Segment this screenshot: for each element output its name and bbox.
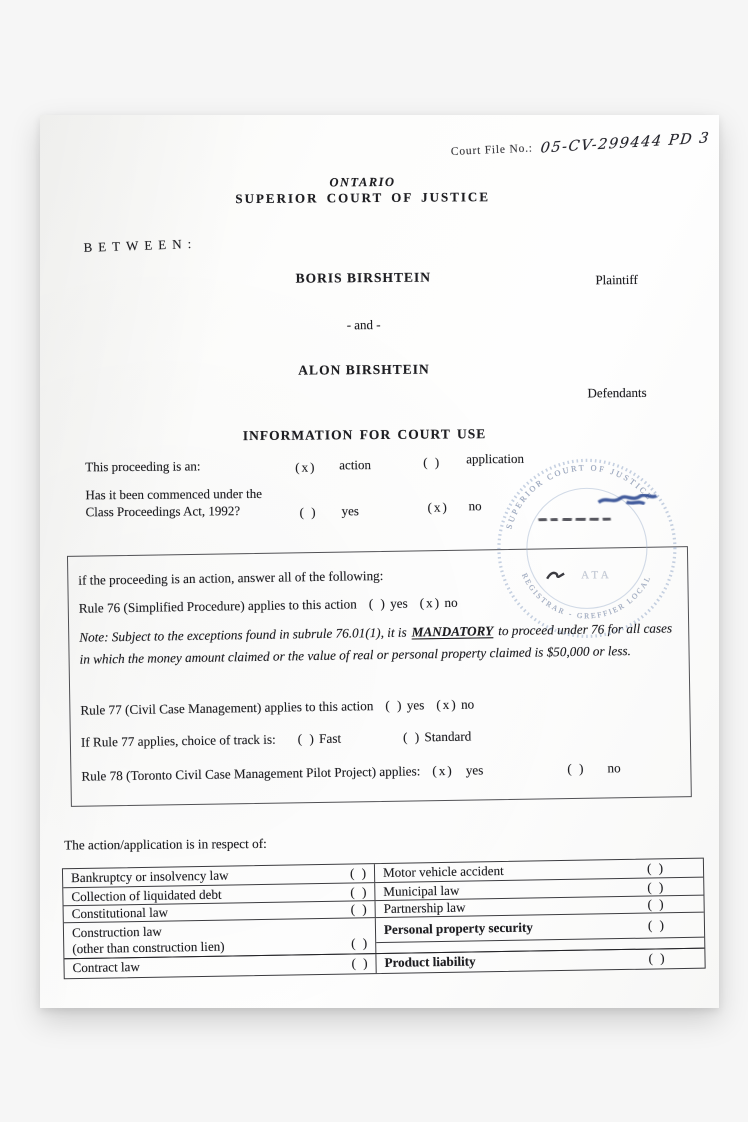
rule77-no-label: no <box>461 697 474 712</box>
application-checkbox: ( ) <box>423 455 441 471</box>
stamp-inner-text: ATA <box>581 569 612 581</box>
plaintiff-role: Plaintiff <box>595 272 637 288</box>
category-label: Personal property security <box>376 918 648 939</box>
class-question-line1: Has it been commenced under the <box>85 486 262 503</box>
class-no-checkbox: (x) <box>428 499 449 515</box>
note-mandatory: MANDATORY <box>412 623 494 639</box>
rule77-line: Rule 77 (Civil Case Management) applies … <box>80 697 474 719</box>
rule76-yes-label: yes <box>390 596 408 611</box>
rule78-label: Rule 78 (Toronto Civil Case Management P… <box>81 763 420 783</box>
class-yes-label: yes <box>342 503 359 519</box>
track-line: If Rule 77 applies, choice of track is:(… <box>81 729 472 751</box>
rule77-label: Rule 77 (Civil Case Management) applies … <box>80 698 373 718</box>
category-label: Bankruptcy or insolvency law <box>63 866 350 887</box>
category-checkbox: ( ) <box>351 956 375 972</box>
category-checkbox: ( ) <box>648 917 704 934</box>
category-label: Construction law(other than construction… <box>64 921 351 957</box>
rule78-no-checkbox: ( ) <box>567 761 585 776</box>
action-option-label: action <box>339 457 371 473</box>
class-question-line2: Class Proceedings Act, 1992? <box>86 503 241 520</box>
category-checkbox: ( ) <box>350 865 374 881</box>
rule78-no-label: no <box>607 760 620 775</box>
category-label: Product liability <box>376 951 648 972</box>
category-checkbox: ( ) <box>647 860 703 877</box>
and-separator: - and - <box>38 315 689 336</box>
respect-of-label: The action/application is in respect of: <box>64 836 267 854</box>
track-standard-label: Standard <box>424 729 471 745</box>
category-checkbox: ( ) <box>350 884 374 900</box>
scanned-page: Court File No.:05-CV-299444 PD 3 ONTARIO… <box>40 115 719 1008</box>
rule78-yes-checkbox: (x) <box>432 763 454 778</box>
category-label: Motor vehicle accident <box>375 861 647 882</box>
rule78-yes-label: yes <box>466 762 484 777</box>
category-checkbox: ( ) <box>647 896 703 913</box>
rule78-line: Rule 78 (Toronto Civil Case Management P… <box>81 760 620 784</box>
rule77-no-checkbox: (x) <box>436 697 458 712</box>
defendant-name: ALON BIRSHTEIN <box>38 360 689 381</box>
category-table: Bankruptcy or insolvency law( ) Motor ve… <box>62 858 706 980</box>
rule77-yes-label: yes <box>407 697 425 712</box>
stamp-smudge-ink <box>539 518 611 521</box>
court-seal-graphic: SUPERIOR COURT OF JUSTICE REGISTRAR - GR… <box>494 456 679 641</box>
court-file-number-handwritten: 05-CV-299444 PD 3 <box>539 130 710 156</box>
defendant-role: Defendants <box>587 385 646 401</box>
class-yes-checkbox: ( ) <box>300 504 318 520</box>
rule76-label: Rule 76 (Simplified Procedure) applies t… <box>79 596 357 615</box>
proceeding-question-label: This proceeding is an: <box>85 458 200 475</box>
rules-intro: if the proceeding is an action, answer a… <box>78 568 383 589</box>
court-file-label: Court File No.: <box>451 142 533 157</box>
rule77-yes-checkbox: ( ) <box>385 698 403 713</box>
category-label: Contract law <box>64 956 351 977</box>
rule76-no-checkbox: (x) <box>420 595 442 610</box>
rule76-no-label: no <box>444 595 457 610</box>
section-title: INFORMATION FOR COURT USE <box>39 425 690 446</box>
track-fast-label: Fast <box>319 731 341 746</box>
document-content: Court File No.:05-CV-299444 PD 3 ONTARIO… <box>37 112 723 1010</box>
category-checkbox: ( ) <box>351 935 375 951</box>
court-seal-stamp: SUPERIOR COURT OF JUSTICE REGISTRAR - GR… <box>494 456 679 641</box>
track-label: If Rule 77 applies, choice of track is: <box>81 732 276 750</box>
rule76-yes-checkbox: ( ) <box>369 596 387 611</box>
pen-squiggle <box>547 573 564 579</box>
category-checkbox: ( ) <box>647 878 703 895</box>
note-prefix: Note: Subject to the exceptions found in… <box>79 625 407 645</box>
class-no-label: no <box>469 498 482 514</box>
court-file-line: Court File No.:05-CV-299444 PD 3 <box>450 132 710 159</box>
action-checkbox: (x) <box>295 459 316 475</box>
rule76-line: Rule 76 (Simplified Procedure) applies t… <box>79 595 458 617</box>
category-checkbox: ( ) <box>351 901 375 917</box>
track-fast-checkbox: ( ) <box>298 731 316 746</box>
plaintiff-name: BORIS BIRSHTEIN <box>38 268 689 289</box>
between-label: BETWEEN: <box>83 236 197 256</box>
category-checkbox: ( ) <box>648 950 704 967</box>
track-standard-checkbox: ( ) <box>403 729 421 744</box>
